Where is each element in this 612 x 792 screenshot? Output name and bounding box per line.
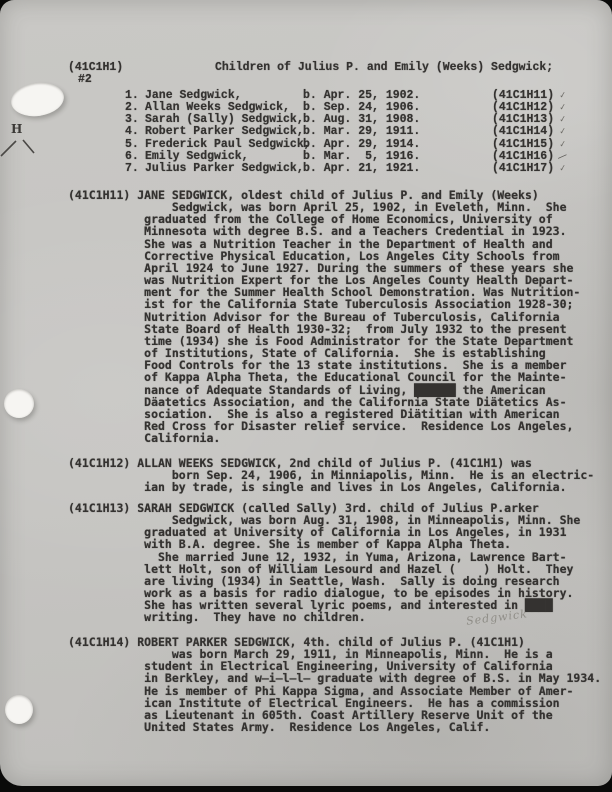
child-code: (41C1H15): [492, 139, 558, 151]
paper: H (41C1H1) #2 Children of Julius P. and …: [0, 0, 612, 786]
margin-letter-h: H: [11, 122, 22, 136]
pencil-checkmark: ✓: [559, 103, 567, 116]
children-list: 1.Jane Sedgwick,b. Apr. 25, 1902.(41C1H1…: [125, 90, 566, 175]
child-row: 5.Frederick Paul Sedgwick,b. Apr. 29, 19…: [125, 139, 566, 151]
record-paragraph-41c1h11: (41C1H11) JANE SEDGWICK, oldest child of…: [68, 189, 580, 444]
page-number: #2: [78, 74, 92, 86]
record-paragraph-41c1h12: (41C1H12) ALLAN WEEKS SEDGWICK, 2nd chil…: [68, 457, 594, 493]
child-code: (41C1H17): [492, 163, 558, 175]
child-row: 4.Robert Parker Sedgwick,b. Mar. 29, 191…: [125, 126, 566, 138]
pencil-checkmark: ✓: [559, 163, 567, 176]
child-birthdate: b. Apr. 29, 1914.: [303, 139, 492, 151]
punch-hole: [5, 695, 33, 724]
record-code: (41C1H1): [68, 62, 123, 74]
punch-hole: [4, 389, 34, 418]
record-paragraph-41c1h14: (41C1H14) ROBERT PARKER SEDGWICK, 4th. c…: [68, 636, 601, 733]
child-number: 4.: [125, 126, 145, 138]
child-name: Julius Parker Sedgwick,: [145, 163, 303, 175]
child-number: 7.: [125, 163, 145, 175]
scanned-page: H (41C1H1) #2 Children of Julius P. and …: [0, 0, 612, 792]
record-paragraph-41c1h13: (41C1H13) SARAH SEDGWICK (called Sally) …: [68, 502, 580, 624]
child-birthdate: b. Apr. 21, 1921.: [303, 163, 492, 175]
child-code: (41C1H14): [492, 126, 558, 138]
pencil-checkmark: ✓: [559, 127, 567, 140]
pencil-checkmark: ✓: [559, 91, 567, 104]
child-birthdate: b. Mar. 29, 1911.: [303, 126, 492, 138]
child-name: Frederick Paul Sedgwick,: [145, 139, 303, 151]
child-row: 7.Julius Parker Sedgwick,b. Apr. 21, 192…: [125, 163, 566, 175]
page-title: Children of Julius P. and Emily (Weeks) …: [215, 62, 553, 74]
punch-hole: [9, 79, 66, 119]
child-number: 5.: [125, 139, 145, 151]
pencil-arrow-strokes: [0, 137, 44, 159]
child-name: Robert Parker Sedgwick,: [145, 126, 303, 138]
